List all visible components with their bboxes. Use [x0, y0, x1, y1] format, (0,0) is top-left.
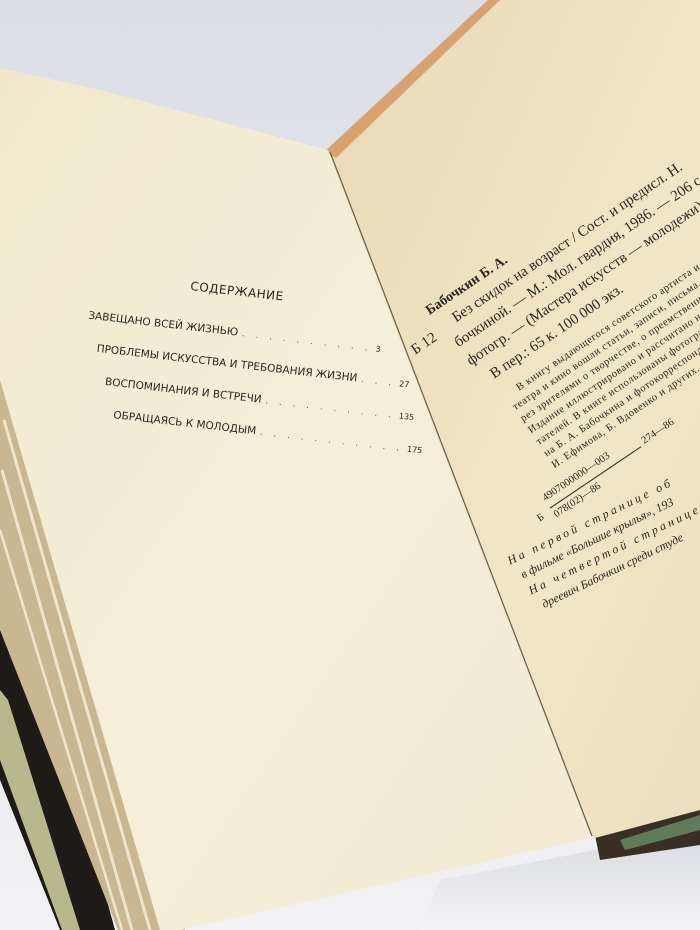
toc-label: Обращаясь к молодым — [113, 409, 257, 437]
toc-page: 175 — [407, 445, 423, 456]
toc-label: Проблемы искусства и требования жизни — [96, 343, 358, 385]
toc-label: Воспоминания и встречи — [104, 376, 262, 406]
book-photo: Содержание Завещано всей жизнью . . . . … — [0, 0, 700, 930]
formula-prefix: Б — [535, 512, 546, 524]
toc-page: 135 — [398, 411, 414, 422]
formula-suffix: 274—86 — [640, 417, 677, 447]
toc-page: 27 — [399, 379, 410, 389]
toc-label: Завещано всей жизнью — [88, 310, 239, 339]
toc-page: 3 — [375, 344, 381, 354]
table-of-contents: Содержание Завещано всей жизнью . . . . … — [75, 258, 423, 474]
toc-title: Содержание — [190, 279, 285, 304]
